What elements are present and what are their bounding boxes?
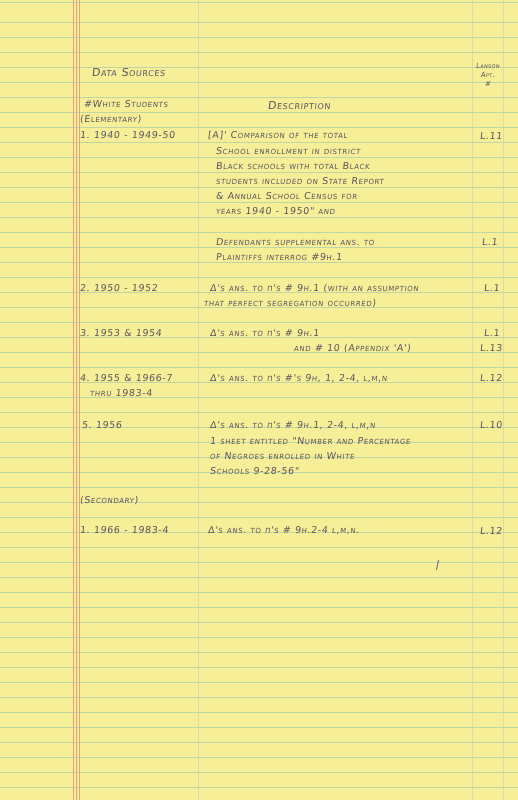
secondary-heading: (Secondary): [79, 495, 139, 506]
entry-description-line: [A]' Comparison of the total: [207, 130, 348, 141]
entry-description-line: Defendants supplemental ans. to: [215, 237, 375, 248]
entry-label: 3. 1953 & 1954: [79, 328, 162, 339]
entry-description-line: Δ's ans. to π's # 9h.1, 2-4, l,m,n: [209, 420, 376, 431]
entry-description-line: Δ's ans. to π's # 9h.1 (with an assumpti…: [209, 283, 419, 294]
entry-description-line: School enrollment in district: [215, 146, 361, 157]
entry-description-line: of Negroes enrolled in White: [209, 451, 355, 462]
entry-label: 1. 1966 - 1983-4: [79, 525, 169, 536]
entry-ref: L.12: [479, 373, 503, 384]
ref-header-line2: Apt.: [474, 71, 503, 79]
entry-description-line: Plaintiffs interrog #9h.1: [215, 252, 343, 263]
margin-line: [73, 0, 74, 800]
ref-header-line3: #: [474, 80, 503, 88]
entry-ref: L.13: [479, 343, 503, 354]
entry-description-line: that perfect segregation occurred): [203, 298, 377, 309]
column-divider: [503, 0, 504, 800]
entry-label: thru 1983-4: [89, 388, 153, 399]
entry-description-line: Δ's ans. to π's # 9h.2-4 l,m,n.: [207, 525, 360, 536]
legal-pad-page: [0, 0, 518, 800]
entry-description-line: Schools 9-28-56": [209, 466, 300, 477]
description-column-header: Description: [267, 99, 331, 112]
entry-ref: L.1: [481, 237, 498, 248]
document-title: Data Sources: [91, 66, 166, 79]
left-column-subheader: (Elementary): [79, 114, 142, 125]
entry-ref: L.11: [479, 131, 503, 142]
entry-description-line: Δ's ans. to π's #'s 9h, 1, 2-4, l,m,n: [209, 373, 388, 384]
entry-description-line: 1 sheet entitled "Number and Percentage: [209, 436, 411, 447]
column-divider: [472, 0, 473, 800]
entry-label: 4. 1955 & 1966-7: [79, 373, 173, 384]
entry-ref: L.12: [479, 526, 503, 537]
left-column-header: #White Students: [83, 99, 169, 110]
entry-description-line: and # 10 (Appendix 'A'): [293, 343, 411, 354]
entry-ref: L.1: [483, 328, 500, 339]
entry-description-line: Δ's ans. to π's # 9h.1: [209, 328, 320, 339]
entry-description-line: years 1940 - 1950" and: [215, 206, 336, 217]
entry-ref: L.10: [479, 420, 503, 431]
entry-label: 5. 1956: [81, 420, 123, 431]
ref-header-line1: Lanson: [474, 62, 503, 70]
margin-line: [76, 0, 77, 800]
entry-ref: L.1: [483, 283, 500, 294]
entry-label: 2. 1950 - 1952: [79, 283, 158, 294]
entry-description-line: Black schools with total Black: [215, 161, 370, 172]
entry-description-line: students included on State Report: [215, 176, 385, 187]
entry-description-line: & Annual School Census for: [215, 191, 358, 202]
entry-label: 1. 1940 - 1949-50: [79, 130, 176, 141]
column-divider: [198, 0, 199, 800]
